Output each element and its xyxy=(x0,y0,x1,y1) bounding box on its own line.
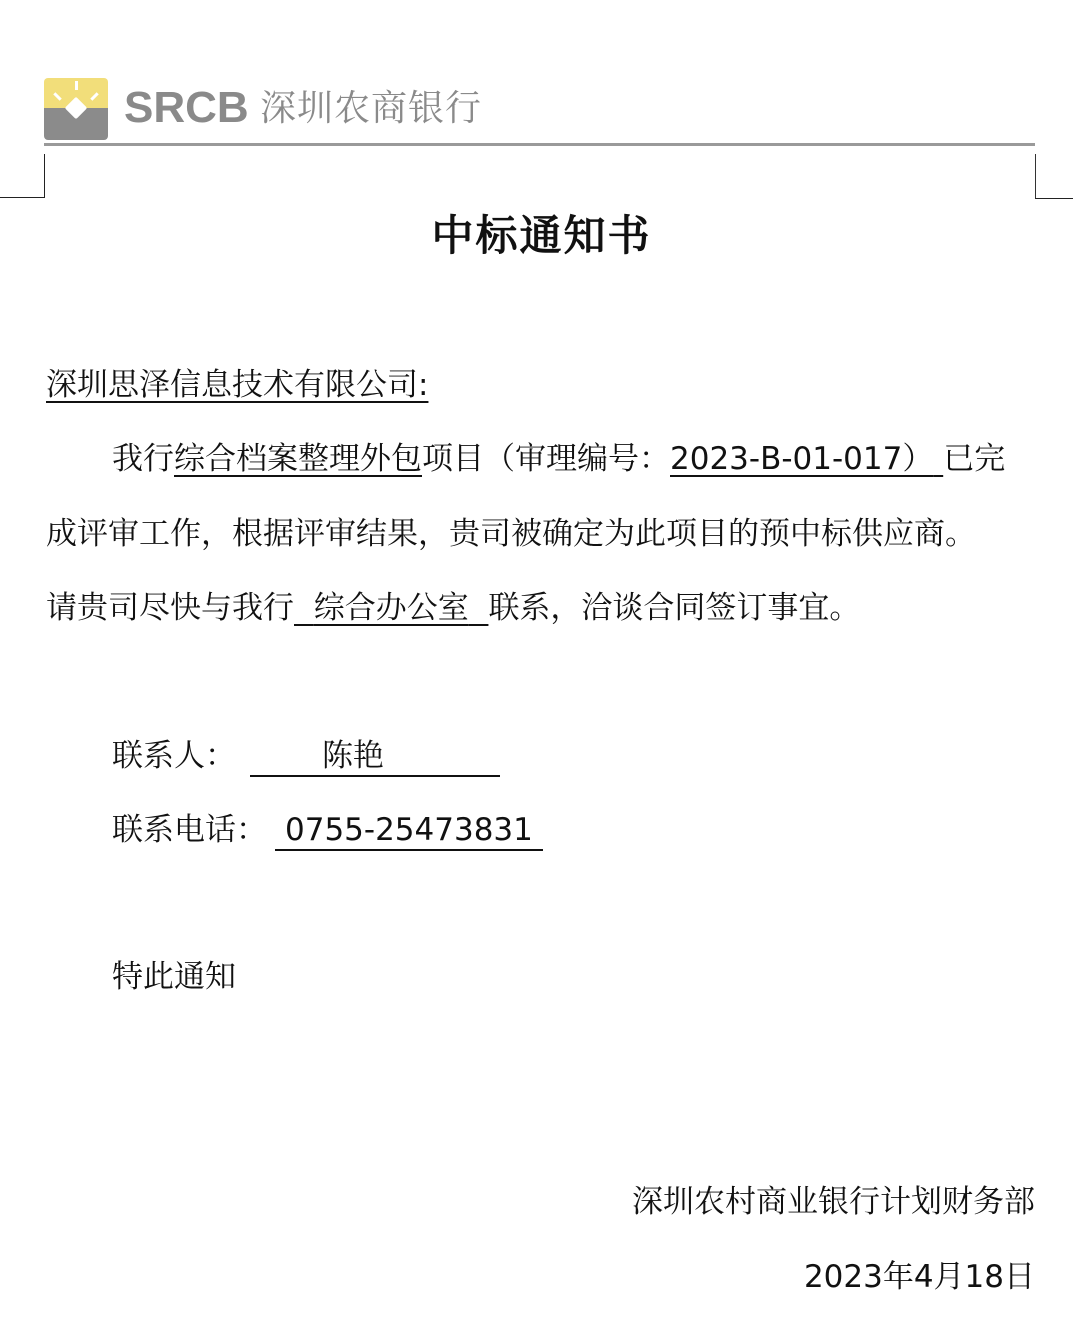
brand-abbr: SRCB xyxy=(124,82,249,134)
brand-name: 深圳农商银行 xyxy=(260,84,482,134)
crop-mark-right xyxy=(1035,154,1036,198)
project-name: 综合档案整理外包 xyxy=(174,441,422,477)
srcb-logo-icon xyxy=(44,78,108,140)
crop-mark-left xyxy=(0,197,45,198)
crop-mark-right xyxy=(1035,198,1073,199)
p1-suffix: 已完 xyxy=(943,441,1005,477)
contact-phone-label: 联系电话： xyxy=(112,812,267,848)
contact-phone-value: 0755-25473831 xyxy=(275,811,543,851)
issue-date: 2023年4月18日 xyxy=(804,1255,1035,1299)
paragraph-line-1: 我行综合档案整理外包项目（审理编号：2023-B-01-017） 已完 xyxy=(112,437,1005,481)
contact-person-value: 陈艳 xyxy=(250,737,500,777)
contact-department: 综合办公室 xyxy=(294,590,488,626)
issuing-department: 深圳农村商业银行计划财务部 xyxy=(632,1180,1035,1224)
p3-suffix: 联系，洽谈合同签订事宜。 xyxy=(488,590,860,626)
document-title: 中标通知书 xyxy=(0,206,1073,266)
contact-person-label: 联系人： xyxy=(112,738,236,774)
closing-remark: 特此通知 xyxy=(112,955,236,999)
p1-middle: 项目（审理编号： xyxy=(422,441,670,477)
recipient-company: 深圳思泽信息技术有限公司: xyxy=(46,363,428,407)
review-number: 2023-B-01-017） xyxy=(670,441,943,477)
contact-phone-row: 联系电话：0755-25473831 xyxy=(112,808,543,852)
header-divider xyxy=(44,143,1035,146)
p3-prefix: 请贵司尽快与我行 xyxy=(46,590,294,626)
crop-mark-left xyxy=(44,154,45,198)
p1-prefix: 我行 xyxy=(112,441,174,477)
paragraph-line-2: 成评审工作，根据评审结果，贵司被确定为此项目的预中标供应商。 xyxy=(46,512,976,556)
contact-person-row: 联系人：陈艳 xyxy=(112,734,500,778)
paragraph-line-3: 请贵司尽快与我行 综合办公室 联系，洽谈合同签订事宜。 xyxy=(46,586,860,630)
